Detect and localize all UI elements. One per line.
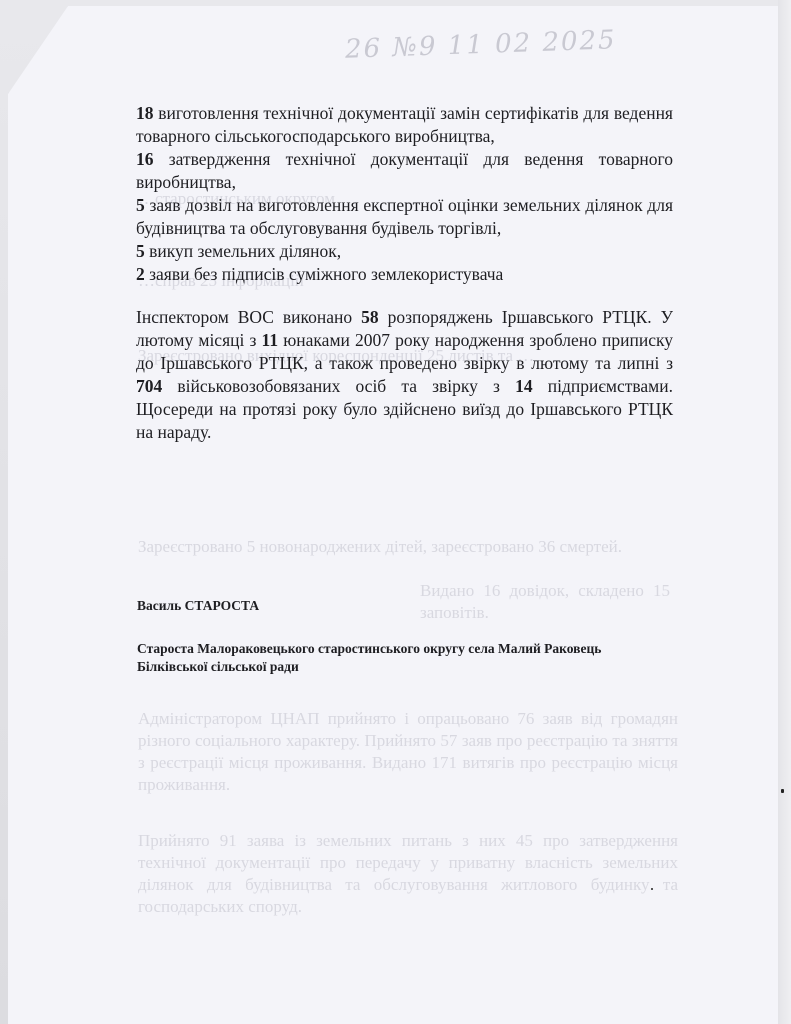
item-text: заяви без підписів суміжного землекорист…: [145, 264, 504, 284]
bleed-through-7: Прийнято 91 заява із земельних питань з …: [138, 830, 678, 918]
item-text: виготовлення технічної документації замі…: [136, 103, 673, 146]
scanner-edge: [778, 0, 791, 1024]
list-item: 5 заяв дозвіл на виготовлення експертної…: [136, 194, 673, 240]
bleed-through-6: Адміністратором ЦНАП прийнято і опрацьов…: [138, 708, 678, 796]
list-item: 18 виготовлення технічної документації з…: [136, 102, 673, 148]
list-item: 16 затвердження технічної документації д…: [136, 148, 673, 194]
text-run: військовозобовязаних осіб та звірку з: [162, 376, 515, 396]
orders-count: 58: [361, 307, 379, 327]
list-item: 2 заяви без підписів суміжного землекори…: [136, 263, 673, 286]
signatory-title: Староста Малораковецького старостинськог…: [137, 640, 677, 676]
signature-name: Василь СТАРОСТА: [137, 598, 259, 614]
persons-count: 704: [136, 376, 162, 396]
youth-count: 11: [262, 330, 279, 350]
signatory-title-line-2: Білківської сільської ради: [137, 658, 677, 676]
scan-speck: [651, 888, 653, 890]
document-body: 18 виготовлення технічної документації з…: [136, 102, 673, 444]
item-count: 2: [136, 264, 145, 284]
item-text: затвердження технічної документації для …: [136, 149, 673, 192]
list-item: 5 викуп земельних ділянок,: [136, 240, 673, 263]
signatory-title-line-1: Староста Малораковецького старостинськог…: [137, 640, 677, 658]
item-count: 5: [136, 241, 145, 261]
bleed-through-5: Видано 16 довідок, складено 15 заповітів…: [420, 580, 670, 624]
item-count: 18: [136, 103, 154, 123]
military-paragraph: Інспектором ВОС виконано 58 розпоряджень…: [136, 306, 673, 444]
enterprises-count: 14: [515, 376, 533, 396]
scan-speck: [781, 789, 784, 793]
item-text: викуп земельних ділянок,: [145, 241, 341, 261]
item-text: заяв дозвіл на виготовлення експертної о…: [136, 195, 673, 238]
scanned-page: 26 №9 11 02 2025 …старостинським округом…: [0, 0, 791, 1024]
bleed-through-4: Зареєстровано 5 новонароджених дітей, за…: [138, 536, 678, 558]
item-count: 16: [136, 149, 154, 169]
item-count: 5: [136, 195, 145, 215]
text-run: Інспектором ВОС виконано: [136, 307, 361, 327]
